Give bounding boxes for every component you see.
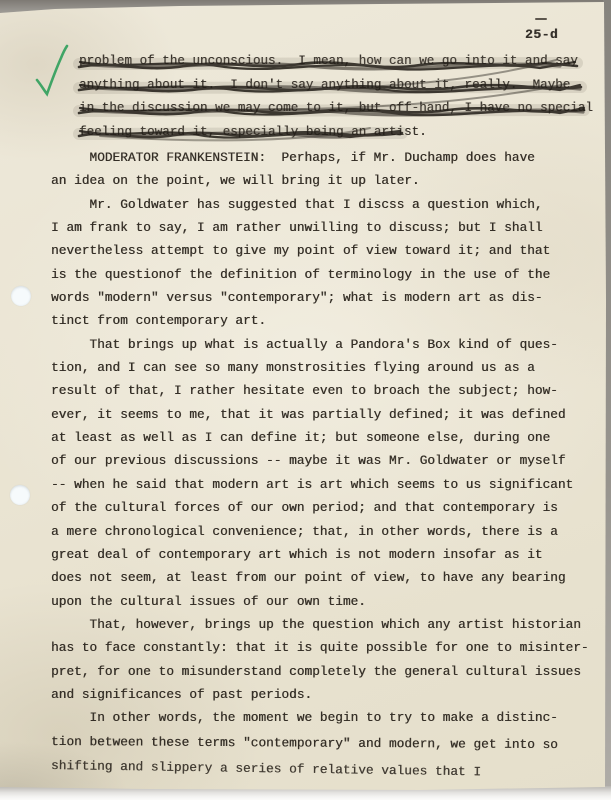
text-line: shifting and slippery a series of relati… bbox=[51, 754, 589, 785]
text-line: In other words, the moment we begin to t… bbox=[51, 706, 589, 729]
text-line: words "modern" versus "contemporary"; wh… bbox=[51, 286, 589, 309]
hole-punch bbox=[11, 286, 31, 306]
scanned-page: 25-d problem of the unconscious. I mean,… bbox=[0, 0, 611, 800]
text-line: great deal of contemporary art which is … bbox=[51, 543, 589, 566]
page-number: 25-d bbox=[525, 27, 558, 42]
text-line: That brings up what is actually a Pandor… bbox=[51, 333, 589, 356]
text-line: is the questionof the definition of term… bbox=[51, 263, 589, 286]
text-line: an idea on the point, we will bring it u… bbox=[51, 169, 589, 192]
transcript-body: MODERATOR FRANKENSTEIN: Perhaps, if Mr. … bbox=[51, 146, 589, 776]
text-line: a mere chronological convenience; that, … bbox=[51, 520, 589, 543]
text-line: pret, for one to misunderstand completel… bbox=[51, 660, 589, 683]
text-line: of our previous discussions -- maybe it … bbox=[51, 449, 589, 472]
text-line: -- when he said that modern art is art w… bbox=[51, 473, 589, 496]
text-line: MODERATOR FRANKENSTEIN: Perhaps, if Mr. … bbox=[51, 146, 589, 169]
text-line: of the cultural forces of our own period… bbox=[51, 496, 589, 519]
hole-punch bbox=[10, 485, 30, 505]
text-line: upon the cultural issues of our own time… bbox=[51, 590, 589, 613]
text-line: I am frank to say, I am rather unwilling… bbox=[51, 216, 589, 239]
text-line: tion, and I can see so many monstrositie… bbox=[51, 356, 589, 379]
text-line: does not seem, at least from our point o… bbox=[51, 566, 589, 589]
struck-paragraph: problem of the unconscious. I mean, how … bbox=[79, 50, 593, 144]
text-line: tion between these terms "contemporary" … bbox=[51, 730, 589, 757]
text-line: tinct from contemporary art. bbox=[51, 309, 589, 332]
text-line: at least as well as I can define it; but… bbox=[51, 426, 589, 449]
text-line: and significances of past periods. bbox=[51, 683, 589, 706]
text-line: nevertheless attempt to give my point of… bbox=[51, 239, 589, 262]
text-line: Mr. Goldwater has suggested that I discs… bbox=[51, 193, 589, 216]
text-line: That, however, brings up the question wh… bbox=[51, 613, 589, 636]
struck-line: anything about it. I don't say anything … bbox=[79, 74, 593, 98]
text-line: ever, it seems to me, that it was partia… bbox=[51, 403, 589, 426]
struck-line: in the discussion we may come to it, but… bbox=[79, 97, 593, 121]
text-line: result of that, I rather hesitate even t… bbox=[51, 379, 589, 402]
struck-line: feeling toward it, especially being an a… bbox=[79, 121, 593, 145]
text-line: has to face constantly: that it is quite… bbox=[51, 636, 589, 659]
struck-line: problem of the unconscious. I mean, how … bbox=[79, 50, 593, 74]
